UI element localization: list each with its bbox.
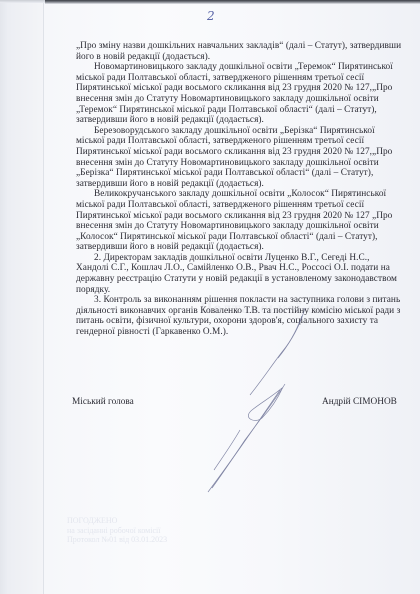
document-line: міської ради Полтавської області, затвер… xyxy=(76,200,420,211)
document-line: „Теремок“ Пирятинської міської ради Полт… xyxy=(76,105,420,116)
document-line: внесення змін до Статуту Новомартиновиць… xyxy=(76,221,420,232)
document-line: гендерної рівності (Гаркавенко О.М.). xyxy=(76,327,420,338)
document-line: Великокручанського закладу дошкільної ос… xyxy=(76,189,420,200)
document-line: його в новій редакції (додається). xyxy=(76,52,420,63)
document-line: Березоворудського закладу дошкільної осв… xyxy=(76,126,420,137)
document-line: міської ради Полтавської області, затвер… xyxy=(76,136,420,147)
page-number: 2 xyxy=(207,9,215,23)
bleed-through-text: ПОГОДЖЕНО на засіданні робочої комісії П… xyxy=(67,516,167,545)
document-line: Хандолі С.Г., Кошлач Л.О., Самійленко О.… xyxy=(76,263,420,274)
document-line: державну реєстрацію Статути у новій реда… xyxy=(76,274,420,285)
document-line: Новомартиновицького закладу дошкільної о… xyxy=(76,62,420,73)
page-top-edge xyxy=(45,0,420,4)
document-line: затвердивши його в новій редакції (додає… xyxy=(76,242,420,253)
document-line: затвердивши його в новій редакції (додає… xyxy=(76,115,420,126)
document-line: міської ради Полтавської області, затвер… xyxy=(76,73,420,84)
document-line: порядку. xyxy=(76,285,420,296)
document-line: внесення змін до Статуту Новомартиновиць… xyxy=(76,94,420,105)
document-line: „Про зміну назви дошкільних навчальних з… xyxy=(76,41,420,52)
document-line: внесення змін до Статуту Новомартиновиць… xyxy=(76,158,420,169)
document-line: „Колосок“ Пирятинської міської ради Полт… xyxy=(76,232,420,243)
page-edge xyxy=(0,0,45,3)
signature-block: Міський голова Андрій СІМОНОВ xyxy=(0,397,420,411)
document-line: 3. Контроль за виконанням рішення поклас… xyxy=(76,295,420,306)
document-line: Пирятинської міської ради восьмого склик… xyxy=(76,147,420,158)
document-line: затвердивши його в новій редакції (додає… xyxy=(76,179,420,190)
signatory-title: Міський голова xyxy=(72,397,134,407)
signatory-name: Андрій СІМОНОВ xyxy=(322,397,397,407)
document-line: „Берізка“ Пирятинської міської ради Полт… xyxy=(76,168,420,179)
document-line: питань освіти, фізичної культури, охорон… xyxy=(76,316,420,327)
document-line: Пирятинської міської ради восьмого склик… xyxy=(76,211,420,222)
document-line: Пирятинської міської ради восьмого склик… xyxy=(76,83,420,94)
document-line: 2. Директорам закладів дошкільної освіти… xyxy=(76,253,420,264)
document-body: „Про зміну назви дошкільних навчальних з… xyxy=(76,41,420,338)
document-line: діяльності виконавчих органів Коваленко … xyxy=(76,306,420,317)
bleed-line: ПОГОДЖЕНО xyxy=(67,516,167,526)
bleed-line: Протокол №01 від 03.01.2023 xyxy=(67,535,167,545)
bleed-line: на засіданні робочої комісії xyxy=(67,526,167,536)
